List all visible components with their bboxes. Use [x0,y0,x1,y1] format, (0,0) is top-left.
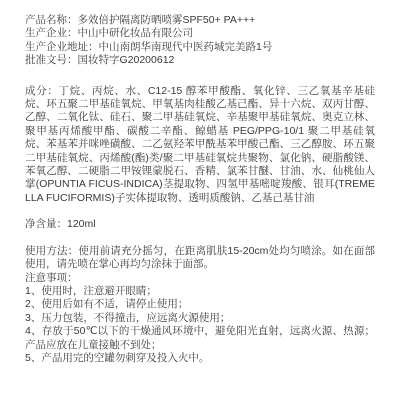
manufacturer-label: 生产企业： [25,27,78,39]
usage-label: 使用方法： [25,245,78,257]
approval-number-label: 批准文号： [25,54,78,66]
manufacturer-address-line: 生产企业地址：中山南朗华南现代中医药城完美路1号 [25,41,375,54]
manufacturer-address-value: 中山南朗华南现代中医药城完美路1号 [99,41,273,53]
precaution-item-5: 5、产品用完的空罐勿刺穿及投入火中。 [25,352,375,365]
precaution-item-2: 2、使用后如有不适，请停止使用； [25,298,375,311]
net-content-label: 净含量： [25,218,67,230]
approval-number-value: 国妆特字G20200612 [78,54,175,66]
precaution-item-3: 3、压力包装，不得撞击，应远离火源使用； [25,312,375,325]
ingredients-value: 丁烷、丙烷、水、C12-15 醇苯甲酸酯、氧化锌、三乙氧基辛基硅烷、环五聚二甲基… [25,85,375,204]
product-name-line: 产品名称：多效倍护隔离防晒喷雾SPF50+ PA+++ [25,14,375,27]
product-name-label: 产品名称： [25,14,78,26]
ingredients-label: 成分： [25,85,59,97]
approval-number-line: 批准文号：国妆特字G20200612 [25,54,375,67]
product-name-value: 多效倍护隔离防晒喷雾SPF50+ PA+++ [78,14,256,26]
net-content-value: 120ml [67,218,96,230]
product-label-document: 产品名称：多效倍护隔离防晒喷雾SPF50+ PA+++ 生产企业：中山中研化妆品… [0,0,400,400]
manufacturer-value: 中山中研化妆品有限公司 [78,27,194,39]
precautions-title: 注意事项： [25,272,375,285]
precaution-item-1: 1、使用时，注意避开眼睛； [25,285,375,298]
precaution-item-4: 4、存放于50℃以下的干燥通风环境中，避免阳光直射，远离火源、热源；产品应放在儿… [25,325,375,352]
precautions-section: 注意事项： 1、使用时，注意避开眼睛； 2、使用后如有不适，请停止使用； 3、压… [25,272,375,366]
manufacturer-address-label: 生产企业地址： [25,41,99,53]
ingredients-paragraph: 成分：丁烷、丙烷、水、C12-15 醇苯甲酸酯、氧化锌、三乙氧基辛基硅烷、环五聚… [25,85,375,206]
manufacturer-line: 生产企业：中山中研化妆品有限公司 [25,27,375,40]
usage-value: 使用前请充分摇匀，在距离肌肤15-20cm处均匀喷涂。如在面部使用，请先喷在掌心… [25,245,375,270]
product-header: 产品名称：多效倍护隔离防晒喷雾SPF50+ PA+++ 生产企业：中山中研化妆品… [25,14,375,68]
net-content-line: 净含量：120ml [25,218,375,231]
usage-paragraph: 使用方法：使用前请充分摇匀，在距离肌肤15-20cm处均匀喷涂。如在面部使用，请… [25,245,375,272]
